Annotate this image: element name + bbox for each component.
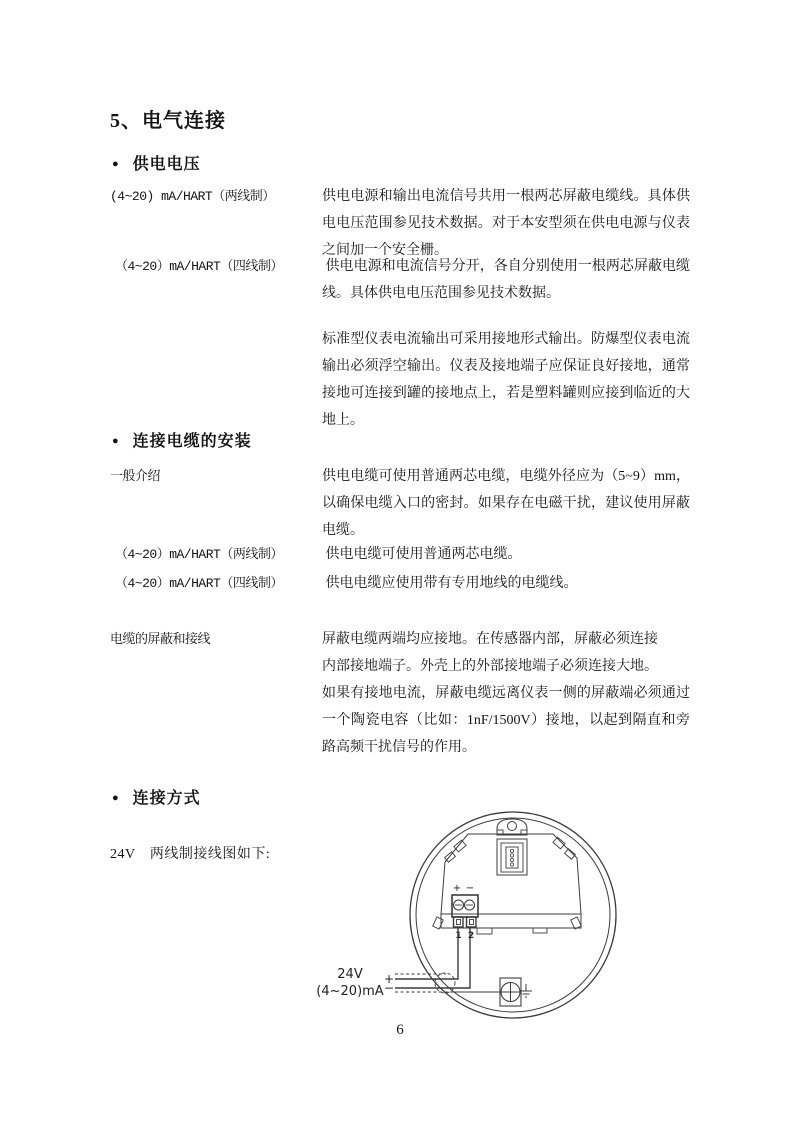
spec-text: 供电电源和输出电流信号共用一根两芯屏蔽电缆线。具体供电电压范围参见技术数据。对于… bbox=[322, 183, 690, 264]
manual-page: 5、电气连接 ●供电电压 (4~20) mA/HART（两线制） 供电电源和输出… bbox=[0, 0, 800, 1131]
terminal-plus-label: + bbox=[453, 883, 461, 894]
spec-text: 供电电缆应使用带有专用地线的电缆线。 bbox=[322, 570, 690, 597]
terminal-2-label: 2 bbox=[468, 931, 474, 941]
supply-voltage-label: 24V bbox=[337, 967, 363, 982]
page-number: 6 bbox=[110, 1022, 690, 1039]
spec-label: （4~20）mA/HART（两线制） bbox=[110, 541, 322, 568]
supply-wires bbox=[395, 927, 500, 992]
supply-labels: 24V (4~20)mA + − bbox=[316, 967, 394, 999]
spec-row: (4~20) mA/HART（两线制） 供电电源和输出电流信号共用一根两芯屏蔽电… bbox=[110, 183, 690, 264]
section-heading-connection-mode: ●连接方式 bbox=[112, 785, 201, 808]
spec-row: 一般介绍 供电电缆可使用普通两芯电缆，电缆外径应为（5~9）mm，以确保电缆入口… bbox=[110, 463, 690, 544]
wiring-diagram-caption: 24V 两线制接线图如下: bbox=[110, 843, 270, 863]
terminal-block: + − 1 2 bbox=[452, 883, 478, 941]
section-heading-supply-voltage: ●供电电压 bbox=[112, 151, 201, 174]
spec-label: 一般介绍 bbox=[110, 463, 322, 490]
spec-row: 标准型仪表电流输出可采用接地形式输出。防爆型仪表电流输出必须浮空输出。仪表及接地… bbox=[110, 326, 690, 434]
cover-clamp bbox=[497, 819, 527, 835]
section-heading-cable-install: ●连接电缆的安装 bbox=[112, 428, 252, 451]
display-connector-icon bbox=[497, 839, 527, 875]
section-heading-label: 供电电压 bbox=[133, 156, 201, 173]
spec-row: 电缆的屏蔽和接线 屏蔽电缆两端均应接地。在传感器内部，屏蔽必须连接 内部接地端子… bbox=[110, 626, 690, 761]
bullet-icon: ● bbox=[112, 158, 120, 170]
bullet-icon: ● bbox=[112, 435, 120, 447]
page-title: 5、电气连接 bbox=[110, 104, 226, 133]
spec-label: 电缆的屏蔽和接线 bbox=[110, 626, 322, 653]
minus-sign-label: − bbox=[384, 981, 394, 995]
spec-text: 供电电源和电流信号分开，各自分别使用一根两芯屏蔽电缆线。具体供电电压范围参见技术… bbox=[322, 253, 690, 307]
current-range-label: (4~20)mA bbox=[316, 984, 384, 999]
spec-text: 供电电缆可使用普通两芯电缆，电缆外径应为（5~9）mm，以确保电缆入口的密封。如… bbox=[322, 463, 690, 544]
spec-label: （4~20）mA/HART（四线制） bbox=[110, 253, 322, 280]
spec-row: （4~20）mA/HART（四线制） 供电电缆应使用带有专用地线的电缆线。 bbox=[110, 570, 690, 597]
ground-screw bbox=[500, 978, 521, 1006]
spec-row: （4~20）mA/HART（两线制） 供电电缆可使用普通两芯电缆。 bbox=[110, 541, 690, 568]
section-heading-label: 连接电缆的安装 bbox=[133, 433, 252, 450]
cable-entry bbox=[435, 973, 455, 993]
spec-label: (4~20) mA/HART（两线制） bbox=[110, 183, 322, 210]
spec-text: 供电电缆可使用普通两芯电缆。 bbox=[322, 541, 690, 568]
spec-text: 标准型仪表电流输出可采用接地形式输出。防爆型仪表电流输出必须浮空输出。仪表及接地… bbox=[322, 326, 690, 434]
spec-text: 屏蔽电缆两端均应接地。在传感器内部，屏蔽必须连接 内部接地端子。外壳上的外部接地… bbox=[322, 626, 690, 761]
section-heading-label: 连接方式 bbox=[133, 790, 201, 807]
terminal-minus-label: − bbox=[466, 883, 474, 894]
ground-icon bbox=[520, 984, 532, 997]
wiring-diagram: + − 1 2 bbox=[300, 805, 700, 1035]
bullet-icon: ● bbox=[112, 792, 120, 804]
spec-label: （4~20）mA/HART（四线制） bbox=[110, 570, 322, 597]
spec-row: （4~20）mA/HART（四线制） 供电电源和电流信号分开，各自分别使用一根两… bbox=[110, 253, 690, 307]
